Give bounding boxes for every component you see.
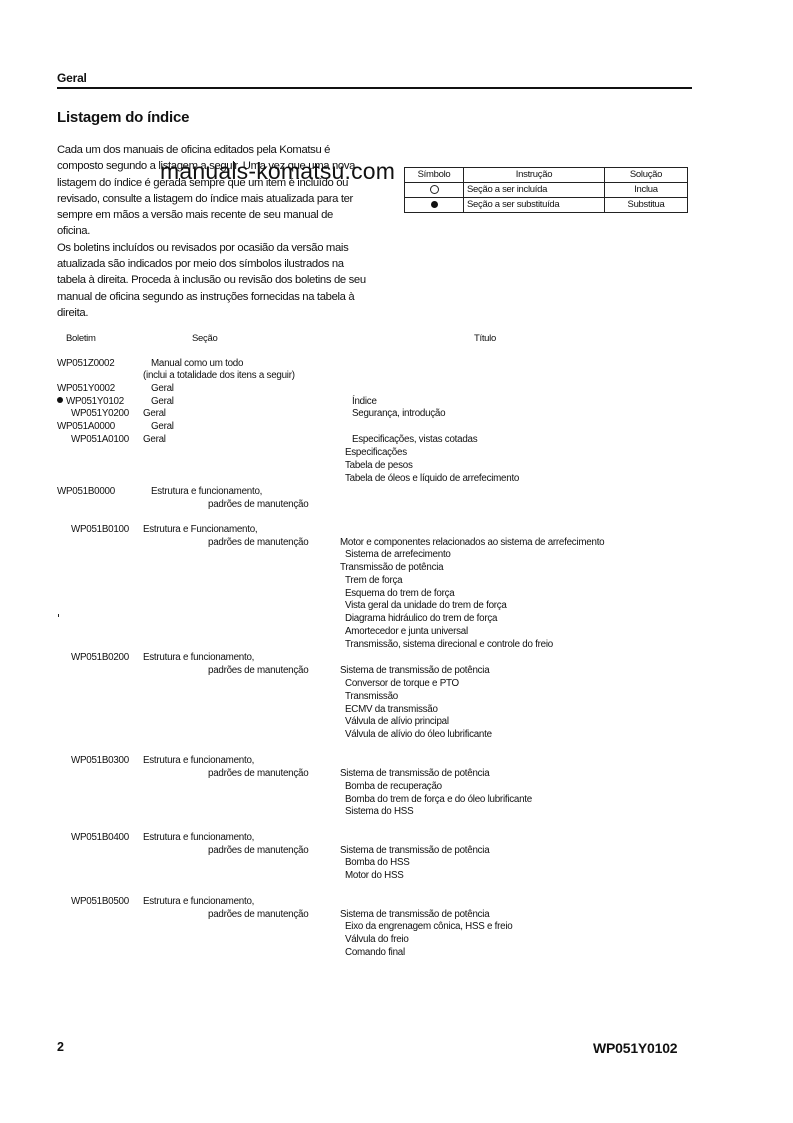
title-entry: Vista geral da unidade do trem de força <box>345 600 507 612</box>
filled-circle-icon <box>57 397 63 403</box>
title-entry: Sistema de arrefecimento <box>345 549 451 561</box>
title-entry: Bomba de recuperação <box>345 781 442 793</box>
title-entry: Sistema de transmissão de potência <box>340 909 489 921</box>
bulletin-code: WP051Y0102 <box>57 396 124 408</box>
line-text: Eixo da engrenagem cônica, HSS e freio <box>345 921 513 932</box>
line-text: WP051B0300 <box>71 755 129 766</box>
line-text: Válvula de alívio principal <box>345 716 449 727</box>
line-text: WP051B0200 <box>71 652 129 663</box>
line-text: Estrutura e funcionamento, <box>143 755 254 766</box>
line-text: Estrutura e Funcionamento, <box>143 524 257 535</box>
title-entry: Sistema de transmissão de potência <box>340 665 489 677</box>
bulletin-code: WP051Z0002 <box>57 358 114 370</box>
title-entry: Sistema de transmissão de potência <box>340 845 489 857</box>
line-text: Bomba do HSS <box>345 857 410 868</box>
legend-instruction-cell: Seção a ser substituída <box>464 198 605 213</box>
section-name: Estrutura e funcionamento, <box>143 896 254 908</box>
section-note: (inclui a totalidade dos itens a seguir) <box>143 370 295 382</box>
bulletin-code: WP051B0300 <box>71 755 129 767</box>
legend-instruction-cell: Seção a ser incluída <box>464 183 605 198</box>
title-entry: Válvula de alívio do óleo lubrificante <box>345 729 492 741</box>
section-name: padrões de manutenção <box>208 665 308 677</box>
line-text: Esquema do trem de força <box>345 588 454 599</box>
line-text: ECMV da transmissão <box>345 704 438 715</box>
line-text: padrões de manutenção <box>208 909 308 920</box>
line-text: Bomba do trem de força e do óleo lubrifi… <box>345 794 532 805</box>
line-text: Amortecedor e junta universal <box>345 626 468 637</box>
line-text: Sistema de transmissão de potência <box>340 665 489 676</box>
line-text: Estrutura e funcionamento, <box>143 896 254 907</box>
line-text: Sistema de transmissão de potência <box>340 909 489 920</box>
section-header-label: Geral <box>57 71 87 85</box>
title-entry: Sistema de transmissão de potência <box>340 768 489 780</box>
line-text: Manual como um todo <box>151 358 243 369</box>
line-text: Sistema de transmissão de potência <box>340 845 489 856</box>
section-name: Estrutura e funcionamento, <box>143 755 254 767</box>
section-name: padrões de manutenção <box>208 909 308 921</box>
bulletin-code: WP051A0000 <box>57 421 115 433</box>
intro-paragraph-1: Cada um dos manuais de oficina editados … <box>57 142 367 240</box>
section-name: Geral <box>151 421 174 433</box>
section-name: Geral <box>143 408 166 420</box>
section-name: Geral <box>151 396 174 408</box>
line-text: padrões de manutenção <box>208 768 308 779</box>
column-header-title: Título <box>474 333 496 344</box>
line-text: Especificações <box>345 447 407 458</box>
title-entry: Amortecedor e junta universal <box>345 626 468 638</box>
document-code: WP051Y0102 <box>593 1040 677 1056</box>
legend-row: Seção a ser substituída Substitua <box>405 198 688 213</box>
section-name: Geral <box>143 434 166 446</box>
line-text: Motor do HSS <box>345 870 404 881</box>
legend-symbol-cell <box>405 183 464 198</box>
line-text: Transmissão de potência <box>340 562 443 573</box>
legend-row: Seção a ser incluída Inclua <box>405 183 688 198</box>
bulletin-code: WP051Y0002 <box>57 383 115 395</box>
column-header-bulletin: Boletim <box>66 333 96 344</box>
section-name: Manual como um todo <box>151 358 243 370</box>
stray-mark <box>58 614 59 617</box>
line-text: Válvula de alívio do óleo lubrificante <box>345 729 492 740</box>
line-text: WP051Z0002 <box>57 358 114 369</box>
line-text: WP051Y0200 <box>71 408 129 419</box>
line-text: Trem de força <box>345 575 402 586</box>
line-text: Estrutura e funcionamento, <box>151 486 262 497</box>
line-text: padrões de manutenção <box>208 665 308 676</box>
line-text: Tabela de óleos e líquido de arrefecimen… <box>345 473 519 484</box>
line-text: (inclui a totalidade dos itens a seguir) <box>143 370 295 381</box>
legend-header-symbol: Símbolo <box>405 168 464 183</box>
line-text: Tabela de pesos <box>345 460 413 471</box>
line-text: Geral <box>143 408 166 419</box>
line-text: WP051Y0102 <box>66 396 124 407</box>
title-entry: Comando final <box>345 947 405 959</box>
section-name: Estrutura e Funcionamento, <box>143 524 257 536</box>
title-entry: Trem de força <box>345 575 402 587</box>
line-text: WP051A0000 <box>57 421 115 432</box>
line-text: Geral <box>151 396 174 407</box>
line-text: padrões de manutenção <box>208 499 308 510</box>
line-text: Diagrama hidráulico do trem de força <box>345 613 497 624</box>
line-text: WP051B0000 <box>57 486 115 497</box>
intro-paragraph-2: Os boletins incluídos ou revisados por o… <box>57 240 367 321</box>
legend-header-instruction: Instrução <box>464 168 605 183</box>
line-text: Transmissão, sistema direcional e contro… <box>345 639 553 650</box>
legend-header-row: Símbolo Instrução Solução <box>405 168 688 183</box>
line-text: WP051A0100 <box>71 434 129 445</box>
title-entry: Válvula do freio <box>345 934 409 946</box>
title-entry: Tabela de óleos e líquido de arrefecimen… <box>345 473 519 485</box>
section-name: padrões de manutenção <box>208 537 308 549</box>
line-text: Geral <box>151 421 174 432</box>
legend-symbol-cell <box>405 198 464 213</box>
title-entry: Tabela de pesos <box>345 460 413 472</box>
header-divider <box>57 87 692 89</box>
bulletin-code: WP051B0000 <box>57 486 115 498</box>
title-entry: Conversor de torque e PTO <box>345 678 459 690</box>
title-entry: Transmissão, sistema direcional e contro… <box>345 639 553 651</box>
bulletin-code: WP051B0400 <box>71 832 129 844</box>
title-entry: Especificações, vistas cotadas <box>352 434 477 446</box>
line-text: Conversor de torque e PTO <box>345 678 459 689</box>
bulletin-code: WP051Y0200 <box>71 408 129 420</box>
legend-header-solution: Solução <box>605 168 688 183</box>
title-entry: Válvula de alívio principal <box>345 716 449 728</box>
title-entry: Transmissão <box>345 691 398 703</box>
page-number: 2 <box>57 1040 64 1054</box>
line-text: Motor e componentes relacionados ao sist… <box>340 537 604 548</box>
title-entry: Índice <box>352 396 377 408</box>
section-name: Geral <box>151 383 174 395</box>
line-text: padrões de manutenção <box>208 537 308 548</box>
line-text: Especificações, vistas cotadas <box>352 434 477 445</box>
page-title: Listagem do índice <box>57 109 189 126</box>
line-text: Geral <box>151 383 174 394</box>
open-circle-icon <box>430 185 439 194</box>
title-entry: Esquema do trem de força <box>345 588 454 600</box>
line-text: Geral <box>143 434 166 445</box>
line-text: Sistema de arrefecimento <box>345 549 451 560</box>
title-entry: Segurança, introdução <box>352 408 445 420</box>
line-text: WP051B0100 <box>71 524 129 535</box>
title-entry: Bomba do trem de força e do óleo lubrifi… <box>345 794 532 806</box>
line-text: Segurança, introdução <box>352 408 445 419</box>
section-name: Estrutura e funcionamento, <box>143 832 254 844</box>
line-text: WP051Y0002 <box>57 383 115 394</box>
title-entry: Sistema do HSS <box>345 806 413 818</box>
bulletin-code: WP051A0100 <box>71 434 129 446</box>
line-text: Sistema de transmissão de potência <box>340 768 489 779</box>
line-text: Bomba de recuperação <box>345 781 442 792</box>
line-text: WP051B0500 <box>71 896 129 907</box>
line-text: padrões de manutenção <box>208 845 308 856</box>
line-text: Estrutura e funcionamento, <box>143 652 254 663</box>
title-entry: Bomba do HSS <box>345 857 410 869</box>
title-entry: Diagrama hidráulico do trem de força <box>345 613 497 625</box>
line-text: WP051B0400 <box>71 832 129 843</box>
line-text: Transmissão <box>345 691 398 702</box>
title-entry: Transmissão de potência <box>340 562 443 574</box>
section-name: Estrutura e funcionamento, <box>151 486 262 498</box>
title-entry: Motor do HSS <box>345 870 404 882</box>
section-name: Estrutura e funcionamento, <box>143 652 254 664</box>
title-entry: Eixo da engrenagem cônica, HSS e freio <box>345 921 513 933</box>
symbol-legend-table: Símbolo Instrução Solução Seção a ser in… <box>404 167 688 213</box>
line-text: Índice <box>352 396 377 407</box>
column-header-section: Seção <box>192 333 217 344</box>
line-text: Válvula do freio <box>345 934 409 945</box>
title-entry: ECMV da transmissão <box>345 704 438 716</box>
bulletin-code: WP051B0500 <box>71 896 129 908</box>
bulletin-code: WP051B0200 <box>71 652 129 664</box>
section-name: padrões de manutenção <box>208 845 308 857</box>
title-entry: Especificações <box>345 447 407 459</box>
legend-solution-cell: Inclua <box>605 183 688 198</box>
line-text: Vista geral da unidade do trem de força <box>345 600 507 611</box>
legend-solution-cell: Substitua <box>605 198 688 213</box>
filled-circle-icon <box>431 201 438 208</box>
watermark: manuals-komatsu.com <box>160 158 395 185</box>
bulletin-code: WP051B0100 <box>71 524 129 536</box>
title-entry: Motor e componentes relacionados ao sist… <box>340 537 604 549</box>
line-text: Sistema do HSS <box>345 806 413 817</box>
line-text: Comando final <box>345 947 405 958</box>
section-name: padrões de manutenção <box>208 768 308 780</box>
section-name: padrões de manutenção <box>208 499 308 511</box>
line-text: Estrutura e funcionamento, <box>143 832 254 843</box>
